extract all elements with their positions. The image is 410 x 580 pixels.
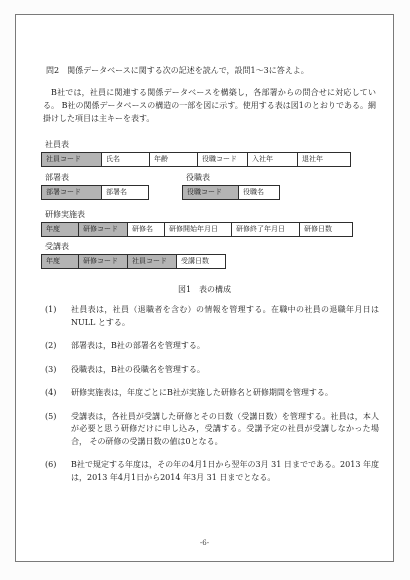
list-item: (1) 社員表は，社員（退職者を含む）の情報を管理する。在職中の社員の退職年月日… bbox=[45, 304, 379, 329]
page-number: -6- bbox=[16, 539, 393, 547]
note-number: (4) bbox=[45, 387, 71, 400]
col-dept-code: 部署コード bbox=[42, 186, 102, 199]
list-item: (5) 受講表は，各社員が受講した研修とその日数（受講日数）を管理する。社員は，… bbox=[45, 411, 379, 449]
note-number: (1) bbox=[45, 304, 71, 329]
table-label: 受講表 bbox=[45, 241, 226, 252]
table-label: 役職表 bbox=[186, 172, 280, 183]
notes-list: (1) 社員表は，社員（退職者を含む）の情報を管理する。在職中の社員の退職年月日… bbox=[45, 304, 379, 495]
table-row: 社員コード 氏名 年齢 役職コード 入社年 退社年 bbox=[41, 152, 351, 167]
col-end-date: 研修終了年月日 bbox=[232, 223, 300, 236]
note-number: (5) bbox=[45, 411, 71, 449]
list-item: (3) 役職表は，B社の役職名を管理する。 bbox=[45, 364, 379, 377]
col-course-code: 研修コード bbox=[79, 255, 128, 268]
note-number: (2) bbox=[45, 340, 71, 353]
figure-caption: 図1 表の構成 bbox=[16, 284, 393, 295]
document-page: 問2関係データベースに関する次の記述を読んで，設問1～3に答えよ。 B社では，社… bbox=[15, 14, 394, 562]
col-title-code: 役職コード bbox=[183, 186, 239, 199]
note-text: 受講表は，各社員が受講した研修とその日数（受講日数）を管理する。社員は，本人が必… bbox=[71, 411, 379, 449]
table-row: 年度 研修コード 研修名 研修開始年月日 研修終了年月日 研修日数 bbox=[41, 222, 353, 237]
col-name: 氏名 bbox=[102, 153, 150, 166]
list-item: (2) 部署表は，B社の部署名を管理する。 bbox=[45, 340, 379, 353]
note-number: (6) bbox=[45, 459, 71, 484]
question-heading: 問2関係データベースに関する次の記述を読んで，設問1～3に答えよ。 bbox=[46, 65, 309, 76]
col-employee-code: 社員コード bbox=[42, 153, 102, 166]
intro-paragraph: B社では，社員に関連する関係データベースを構築し，各部署からの問合せに対応してい… bbox=[43, 86, 376, 125]
table-figure-jobtitle: 役職表 役職コード 役職名 bbox=[182, 172, 280, 200]
list-item: (6) B社で規定する年度は，その年の4月1日から翌年の3月 31 日までである… bbox=[45, 459, 379, 484]
table-label: 部署表 bbox=[45, 172, 149, 183]
table-label: 社員表 bbox=[45, 139, 351, 150]
col-employee-code: 社員コード bbox=[128, 255, 177, 268]
note-text: B社で規定する年度は，その年の4月1日から翌年の3月 31 日までである。201… bbox=[71, 459, 379, 484]
note-text: 研修実施表は，年度ごとにB社が実施した研修名と研修期間を管理する。 bbox=[71, 387, 379, 400]
col-age: 年齢 bbox=[150, 153, 198, 166]
col-attend-days: 受講日数 bbox=[177, 255, 225, 268]
table-figure-employee: 社員表 社員コード 氏名 年齢 役職コード 入社年 退社年 bbox=[41, 139, 351, 167]
col-year: 年度 bbox=[42, 255, 79, 268]
col-year: 年度 bbox=[42, 223, 79, 236]
col-join-year: 入社年 bbox=[248, 153, 298, 166]
note-number: (3) bbox=[45, 364, 71, 377]
note-text: 役職表は，B社の役職名を管理する。 bbox=[71, 364, 379, 377]
table-label: 研修実施表 bbox=[45, 209, 353, 220]
col-title-name: 役職名 bbox=[239, 186, 279, 199]
col-course-days: 研修日数 bbox=[300, 223, 352, 236]
table-figure-attendance: 受講表 年度 研修コード 社員コード 受講日数 bbox=[41, 241, 226, 269]
table-row: 役職コード 役職名 bbox=[182, 185, 280, 200]
note-text: 社員表は，社員（退職者を含む）の情報を管理する。在職中の社員の退職年月日は NU… bbox=[71, 304, 379, 329]
col-start-date: 研修開始年月日 bbox=[165, 223, 232, 236]
question-title: 関係データベースに関する次の記述を読んで，設問1～3に答えよ。 bbox=[67, 66, 309, 75]
table-row: 年度 研修コード 社員コード 受講日数 bbox=[41, 254, 226, 269]
note-text: 部署表は，B社の部署名を管理する。 bbox=[71, 340, 379, 353]
table-figure-department: 部署表 部署コード 部署名 bbox=[41, 172, 149, 200]
table-figure-training: 研修実施表 年度 研修コード 研修名 研修開始年月日 研修終了年月日 研修日数 bbox=[41, 209, 353, 237]
col-leave-year: 退社年 bbox=[298, 153, 350, 166]
list-item: (4) 研修実施表は，年度ごとにB社が実施した研修名と研修期間を管理する。 bbox=[45, 387, 379, 400]
col-dept-name: 部署名 bbox=[102, 186, 148, 199]
col-course-code: 研修コード bbox=[79, 223, 128, 236]
col-title-code: 役職コード bbox=[198, 153, 248, 166]
question-number: 問2 bbox=[46, 66, 59, 75]
col-course-name: 研修名 bbox=[128, 223, 165, 236]
table-row: 部署コード 部署名 bbox=[41, 185, 149, 200]
